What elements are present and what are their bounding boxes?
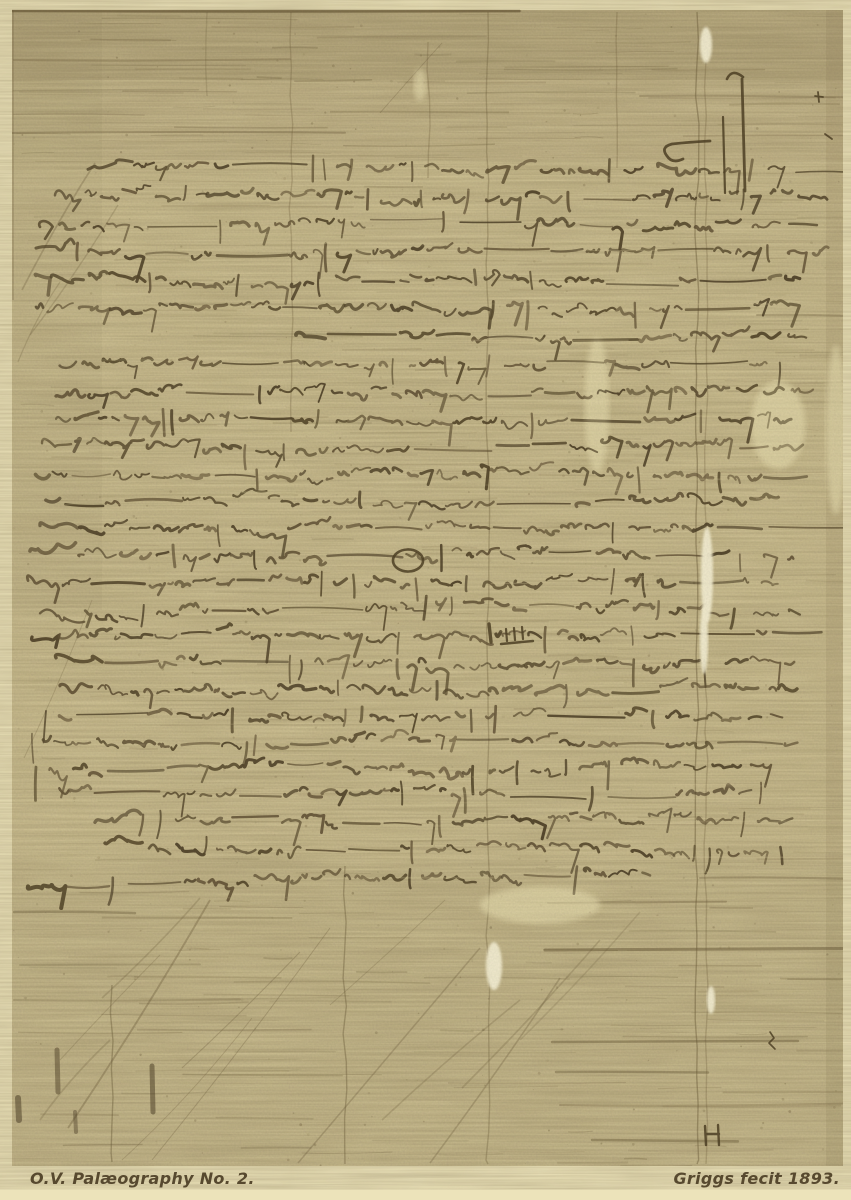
papyrus-photo <box>0 0 851 1200</box>
palaeography-plate: O.V. Palæography No. 2. Griggs fecit 189… <box>0 0 851 1200</box>
photo-grain <box>12 10 843 1166</box>
plate-series-label: O.V. Palæography No. 2. <box>30 1171 255 1187</box>
engraver-credit-label: Griggs fecit 1893. <box>673 1171 840 1187</box>
